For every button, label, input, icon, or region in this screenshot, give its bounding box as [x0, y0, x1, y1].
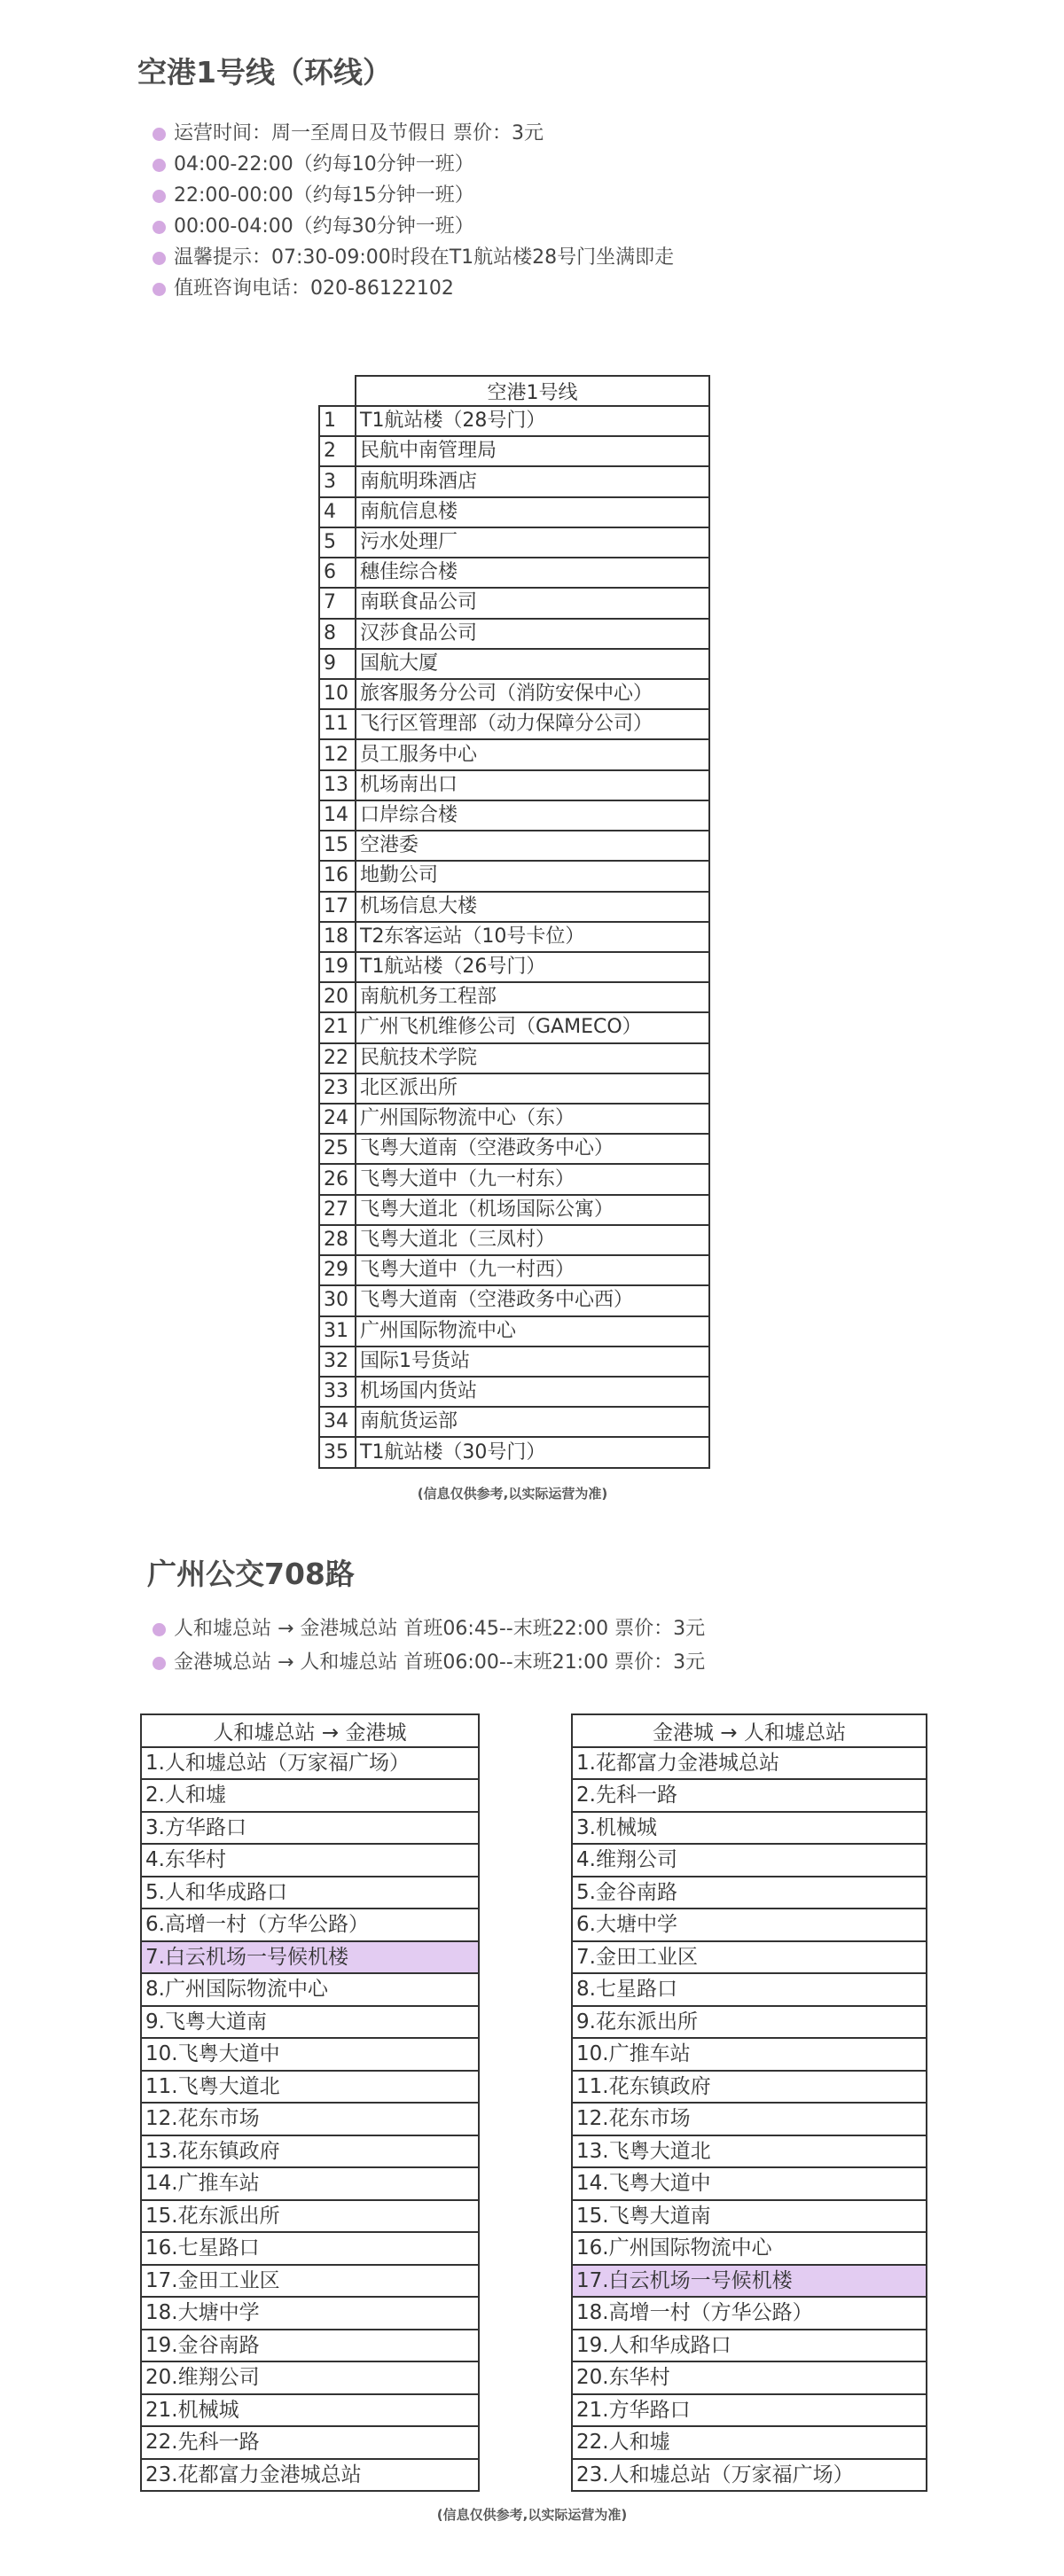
bus708-info-item: 金港城总站 → 人和墟总站 首班06:00--末班21:00 票价：3元 [140, 1646, 705, 1680]
table-row: 23.人和墟总站（万家福广场） [572, 2459, 927, 2492]
stop-name: 飞粤大道中（九一村西） [356, 1255, 709, 1285]
stop-name: 23.人和墟总站（万家福广场） [572, 2459, 927, 2492]
table-row: 12.花东市场 [572, 2103, 927, 2135]
stop-number: 31 [319, 1316, 356, 1347]
table-row: 10.广推车站 [572, 2038, 927, 2071]
stop-name: 5.金谷南路 [572, 1877, 927, 1909]
stop-name: 14.广推车站 [141, 2167, 479, 2200]
table-row: 25飞粤大道南（空港政务中心） [319, 1134, 709, 1164]
table-row: 19T1航站楼（26号门） [319, 952, 709, 982]
table-row: 5.金谷南路 [572, 1877, 927, 1909]
bus708-title: 广州公交708路 [147, 1557, 355, 1592]
table-row: 19.人和华成路口 [572, 2330, 927, 2362]
bullet-dot-icon [153, 190, 166, 203]
stop-number: 23 [319, 1073, 356, 1104]
stop-name: 口岸综合楼 [356, 800, 709, 831]
stop-number: 29 [319, 1255, 356, 1285]
table-row: 20南航机务工程部 [319, 982, 709, 1012]
stop-name: 国航大厦 [356, 649, 709, 679]
table-row: 15空港委 [319, 831, 709, 861]
table-row: 4.维翔公司 [572, 1844, 927, 1877]
stop-name: 6.大塘中学 [572, 1909, 927, 1941]
bus708-info-item: 人和墟总站 → 金港城总站 首班06:45--末班22:00 票价：3元 [140, 1612, 705, 1646]
stop-name: 15.飞粤大道南 [572, 2200, 927, 2233]
stop-number: 12 [319, 739, 356, 769]
table-row: 27飞粤大道北（机场国际公寓） [319, 1195, 709, 1225]
stop-name: 22.人和墟 [572, 2426, 927, 2459]
table-row: 6穗佳综合楼 [319, 558, 709, 588]
table-row: 16.广州国际物流中心 [572, 2232, 927, 2265]
stop-number: 30 [319, 1285, 356, 1315]
table-row: 2.人和墟 [141, 1779, 479, 1812]
stop-name: 8.七星路口 [572, 1973, 927, 2006]
stop-name: 22.先科一路 [141, 2426, 479, 2459]
table-row: 9国航大厦 [319, 649, 709, 679]
stop-name: 地勤公司 [356, 861, 709, 891]
table-row: 24广州国际物流中心（东） [319, 1104, 709, 1134]
stop-name: 汉莎食品公司 [356, 619, 709, 649]
table-row: 31广州国际物流中心 [319, 1316, 709, 1347]
table-row: 1.人和墟总站（万家福广场） [141, 1747, 479, 1780]
table-header: 空港1号线 [356, 376, 709, 406]
stop-number: 4 [319, 497, 356, 527]
table-row: 12.花东市场 [141, 2103, 479, 2135]
table-row: 13机场南出口 [319, 770, 709, 800]
stop-name: 18.大塘中学 [141, 2297, 479, 2330]
table-row: 5.人和华成路口 [141, 1877, 479, 1909]
stop-name: 南航明珠酒店 [356, 466, 709, 496]
table-row: 12员工服务中心 [319, 739, 709, 769]
stop-number: 34 [319, 1407, 356, 1437]
line1-info-item: 值班咨询电话：020-86122102 [140, 273, 674, 304]
stop-number: 32 [319, 1347, 356, 1377]
line1-info-item: 22:00-00:00（约每15分钟一班） [140, 180, 674, 211]
stop-name: 5.人和华成路口 [141, 1877, 479, 1909]
table-row: 6.高增一村（方华公路） [141, 1909, 479, 1941]
stop-number: 11 [319, 709, 356, 739]
stop-name: 北区派出所 [356, 1073, 709, 1104]
table-row: 8.七星路口 [572, 1973, 927, 2006]
stop-number: 13 [319, 770, 356, 800]
stop-name: 19.人和华成路口 [572, 2330, 927, 2362]
table-row: 18T2东客运站（10号卡位） [319, 922, 709, 952]
bus708-outbound-table: 人和墟总站 → 金港城 1.人和墟总站（万家福广场）2.人和墟3.方华路口4.东… [140, 1713, 480, 2492]
table-header-row: 人和墟总站 → 金港城 [141, 1714, 479, 1747]
stop-name: 21.方华路口 [572, 2394, 927, 2427]
table-row: 29飞粤大道中（九一村西） [319, 1255, 709, 1285]
stop-name: 2.人和墟 [141, 1779, 479, 1812]
table-row: 4.东华村 [141, 1844, 479, 1877]
table-row: 7南联食品公司 [319, 588, 709, 618]
stop-name: 21.机械城 [141, 2394, 479, 2427]
table-row: 22.人和墟 [572, 2426, 927, 2459]
bus708-info-list: 人和墟总站 → 金港城总站 首班06:45--末班22:00 票价：3元 金港城… [140, 1612, 705, 1680]
stop-name: 7.金田工业区 [572, 1941, 927, 1974]
stop-name: 18.高增一村（方华公路） [572, 2297, 927, 2330]
table-row: 9.飞粤大道南 [141, 2006, 479, 2039]
stop-name: 飞粤大道南（空港政务中心西） [356, 1285, 709, 1315]
stop-name: 南联食品公司 [356, 588, 709, 618]
table-row: 28飞粤大道北（三凤村） [319, 1225, 709, 1255]
table-row: 20.维翔公司 [141, 2361, 479, 2394]
stop-name: T1航站楼（28号门） [356, 406, 709, 436]
stop-number: 19 [319, 952, 356, 982]
stop-name: 15.花东派出所 [141, 2200, 479, 2233]
table-row: 14口岸综合楼 [319, 800, 709, 831]
stop-number: 27 [319, 1195, 356, 1225]
bullet-dot-icon [153, 1623, 166, 1636]
stop-name: 20.东华村 [572, 2361, 927, 2394]
stop-number: 26 [319, 1164, 356, 1194]
table-row: 3南航明珠酒店 [319, 466, 709, 496]
line1-info-item: 00:00-04:00（约每30分钟一班） [140, 211, 674, 242]
table-row: 2.先科一路 [572, 1779, 927, 1812]
stop-number: 33 [319, 1377, 356, 1407]
stop-number: 9 [319, 649, 356, 679]
table-row: 14.飞粤大道中 [572, 2167, 927, 2200]
stop-name: 3.机械城 [572, 1812, 927, 1845]
stop-name: 12.花东市场 [141, 2103, 479, 2135]
table-row: 22.先科一路 [141, 2426, 479, 2459]
table-row: 5污水处理厂 [319, 527, 709, 558]
stop-name: 民航技术学院 [356, 1043, 709, 1073]
stop-name: 飞行区管理部（动力保障分公司） [356, 709, 709, 739]
table-row: 19.金谷南路 [141, 2330, 479, 2362]
table-row-highlighted: 7.白云机场一号候机楼 [141, 1941, 479, 1974]
stop-name: 旅客服务分公司（消防安保中心） [356, 679, 709, 709]
table-row: 14.广推车站 [141, 2167, 479, 2200]
stop-number: 2 [319, 436, 356, 466]
stop-number: 28 [319, 1225, 356, 1255]
table-row: 23.花都富力金港城总站 [141, 2459, 479, 2492]
table-row: 3.机械城 [572, 1812, 927, 1845]
stop-name: 污水处理厂 [356, 527, 709, 558]
table-header-row: 空港1号线 [319, 376, 709, 406]
table-row: 34南航货运部 [319, 1407, 709, 1437]
table-row: 1T1航站楼（28号门） [319, 406, 709, 436]
table-row: 10.飞粤大道中 [141, 2038, 479, 2071]
stop-number: 16 [319, 861, 356, 891]
table-row-highlighted: 17.白云机场一号候机楼 [572, 2265, 927, 2298]
line1-info-item: 04:00-22:00（约每10分钟一班） [140, 149, 674, 180]
stop-name: 23.花都富力金港城总站 [141, 2459, 479, 2492]
table-row: 26飞粤大道中（九一村东） [319, 1164, 709, 1194]
stop-number: 25 [319, 1134, 356, 1164]
stop-name: 2.先科一路 [572, 1779, 927, 1812]
table-row: 18.大塘中学 [141, 2297, 479, 2330]
stop-number: 1 [319, 406, 356, 436]
table-row: 9.花东派出所 [572, 2006, 927, 2039]
table-row: 2民航中南管理局 [319, 436, 709, 466]
line1-stops-table: 空港1号线 1T1航站楼（28号门）2民航中南管理局3南航明珠酒店4南航信息楼5… [318, 375, 710, 1469]
table-row: 15.花东派出所 [141, 2200, 479, 2233]
table-row: 1.花都富力金港城总站 [572, 1747, 927, 1780]
line1-info-item: 运营时间：周一至周日及节假日 票价：3元 [140, 118, 674, 149]
stop-name: T1航站楼（30号门） [356, 1437, 709, 1467]
bus708-outbound-body: 1.人和墟总站（万家福广场）2.人和墟3.方华路口4.东华村5.人和华成路口6.… [141, 1747, 479, 2492]
stop-name: 13.花东镇政府 [141, 2135, 479, 2168]
stop-name: 14.飞粤大道中 [572, 2167, 927, 2200]
stop-name: 空港委 [356, 831, 709, 861]
stop-number: 14 [319, 800, 356, 831]
table-row: 13.飞粤大道北 [572, 2135, 927, 2168]
stop-number: 24 [319, 1104, 356, 1134]
stop-name: 17.金田工业区 [141, 2265, 479, 2298]
table-row: 30飞粤大道南（空港政务中心西） [319, 1285, 709, 1315]
stop-name: T2东客运站（10号卡位） [356, 922, 709, 952]
stop-name: 广州飞机维修公司（GAMECO） [356, 1012, 709, 1042]
stop-name: 10.广推车站 [572, 2038, 927, 2071]
stop-name: 机场国内货站 [356, 1377, 709, 1407]
stop-number: 3 [319, 466, 356, 496]
stop-name: 11.花东镇政府 [572, 2071, 927, 2104]
stop-name: 1.人和墟总站（万家福广场） [141, 1747, 479, 1780]
stop-name: 机场信息大楼 [356, 892, 709, 922]
stop-name: 飞粤大道北（三凤村） [356, 1225, 709, 1255]
stop-number: 22 [319, 1043, 356, 1073]
bullet-dot-icon [153, 159, 166, 172]
stop-name: 7.白云机场一号候机楼 [141, 1941, 479, 1974]
table-row: 8.广州国际物流中心 [141, 1973, 479, 2006]
stop-number: 5 [319, 527, 356, 558]
stop-number: 17 [319, 892, 356, 922]
stop-name: 国际1号货站 [356, 1347, 709, 1377]
stop-number: 21 [319, 1012, 356, 1042]
stop-name: 8.广州国际物流中心 [141, 1973, 479, 2006]
stop-name: 19.金谷南路 [141, 2330, 479, 2362]
stop-name: 4.东华村 [141, 1844, 479, 1877]
stop-name: 12.花东市场 [572, 2103, 927, 2135]
table-row: 22民航技术学院 [319, 1043, 709, 1073]
table-row: 8汉莎食品公司 [319, 619, 709, 649]
stop-name: 民航中南管理局 [356, 436, 709, 466]
table-row: 11.飞粤大道北 [141, 2071, 479, 2104]
stop-name: 11.飞粤大道北 [141, 2071, 479, 2104]
bus708-inbound-table: 金港城 → 人和墟总站 1.花都富力金港城总站2.先科一路3.机械城4.维翔公司… [571, 1713, 927, 2492]
stop-name: 飞粤大道北（机场国际公寓） [356, 1195, 709, 1225]
stop-name: 13.飞粤大道北 [572, 2135, 927, 2168]
stop-name: 6.高增一村（方华公路） [141, 1909, 479, 1941]
stop-name: 员工服务中心 [356, 739, 709, 769]
table-row: 23北区派出所 [319, 1073, 709, 1104]
stop-number: 6 [319, 558, 356, 588]
stop-name: 机场南出口 [356, 770, 709, 800]
stop-name: 3.方华路口 [141, 1812, 479, 1845]
table-row: 11飞行区管理部（动力保障分公司） [319, 709, 709, 739]
table-row: 17.金田工业区 [141, 2265, 479, 2298]
table-row: 21.机械城 [141, 2394, 479, 2427]
stop-name: 飞粤大道中（九一村东） [356, 1164, 709, 1194]
bus708-footnote: (信息仅供参考,以实际运营为准) [417, 2505, 647, 2524]
stop-number: 20 [319, 982, 356, 1012]
line1-footnote: (信息仅供参考,以实际运营为准) [398, 1484, 627, 1503]
stop-name: T1航站楼（26号门） [356, 952, 709, 982]
bullet-dot-icon [153, 1657, 166, 1670]
line1-info-list: 运营时间：周一至周日及节假日 票价：3元 04:00-22:00（约每10分钟一… [140, 118, 674, 304]
bullet-dot-icon [153, 128, 166, 141]
stop-name: 南航信息楼 [356, 497, 709, 527]
stop-name: 南航货运部 [356, 1407, 709, 1437]
table-row: 17机场信息大楼 [319, 892, 709, 922]
stop-name: 20.维翔公司 [141, 2361, 479, 2394]
table-row: 32国际1号货站 [319, 1347, 709, 1377]
stop-name: 4.维翔公司 [572, 1844, 927, 1877]
table-row: 15.飞粤大道南 [572, 2200, 927, 2233]
bullet-dot-icon [153, 221, 166, 234]
table-row: 13.花东镇政府 [141, 2135, 479, 2168]
stop-number: 35 [319, 1437, 356, 1467]
line1-info-item: 温馨提示：07:30-09:00时段在T1航站楼28号门坐满即走 [140, 242, 674, 273]
stop-number: 7 [319, 588, 356, 618]
table-row: 6.大塘中学 [572, 1909, 927, 1941]
table-row: 11.花东镇政府 [572, 2071, 927, 2104]
bullet-dot-icon [153, 252, 166, 265]
bullet-dot-icon [153, 283, 166, 296]
table-row: 7.金田工业区 [572, 1941, 927, 1974]
table-row: 33机场国内货站 [319, 1377, 709, 1407]
stop-name: 10.飞粤大道中 [141, 2038, 479, 2071]
table-row: 16.七星路口 [141, 2232, 479, 2265]
table-header-row: 金港城 → 人和墟总站 [572, 1714, 927, 1747]
table-row: 10旅客服务分公司（消防安保中心） [319, 679, 709, 709]
bus708-inbound-body: 1.花都富力金港城总站2.先科一路3.机械城4.维翔公司5.金谷南路6.大塘中学… [572, 1747, 927, 2492]
table-header: 金港城 → 人和墟总站 [572, 1714, 927, 1747]
table-header: 人和墟总站 → 金港城 [141, 1714, 479, 1747]
table-row: 16地勤公司 [319, 861, 709, 891]
stop-number: 10 [319, 679, 356, 709]
stop-name: 17.白云机场一号候机楼 [572, 2265, 927, 2298]
stop-name: 16.七星路口 [141, 2232, 479, 2265]
table-row: 18.高增一村（方华公路） [572, 2297, 927, 2330]
stop-number: 15 [319, 831, 356, 861]
stop-name: 9.飞粤大道南 [141, 2006, 479, 2039]
table-row: 35T1航站楼（30号门） [319, 1437, 709, 1467]
stop-number: 8 [319, 619, 356, 649]
stop-name: 广州国际物流中心 [356, 1316, 709, 1347]
line1-title: 空港1号线（环线） [137, 55, 392, 90]
header-blank-cell [319, 376, 356, 406]
table-row: 3.方华路口 [141, 1812, 479, 1845]
table-row: 4南航信息楼 [319, 497, 709, 527]
table-row: 20.东华村 [572, 2361, 927, 2394]
stop-name: 穗佳综合楼 [356, 558, 709, 588]
table-row: 21广州飞机维修公司（GAMECO） [319, 1012, 709, 1042]
stop-name: 1.花都富力金港城总站 [572, 1747, 927, 1780]
table-row: 21.方华路口 [572, 2394, 927, 2427]
stop-number: 18 [319, 922, 356, 952]
stop-name: 南航机务工程部 [356, 982, 709, 1012]
stop-name: 飞粤大道南（空港政务中心） [356, 1134, 709, 1164]
stop-name: 广州国际物流中心（东） [356, 1104, 709, 1134]
stop-name: 9.花东派出所 [572, 2006, 927, 2039]
line1-stops-body: 1T1航站楼（28号门）2民航中南管理局3南航明珠酒店4南航信息楼5污水处理厂6… [319, 406, 709, 1468]
stop-name: 16.广州国际物流中心 [572, 2232, 927, 2265]
